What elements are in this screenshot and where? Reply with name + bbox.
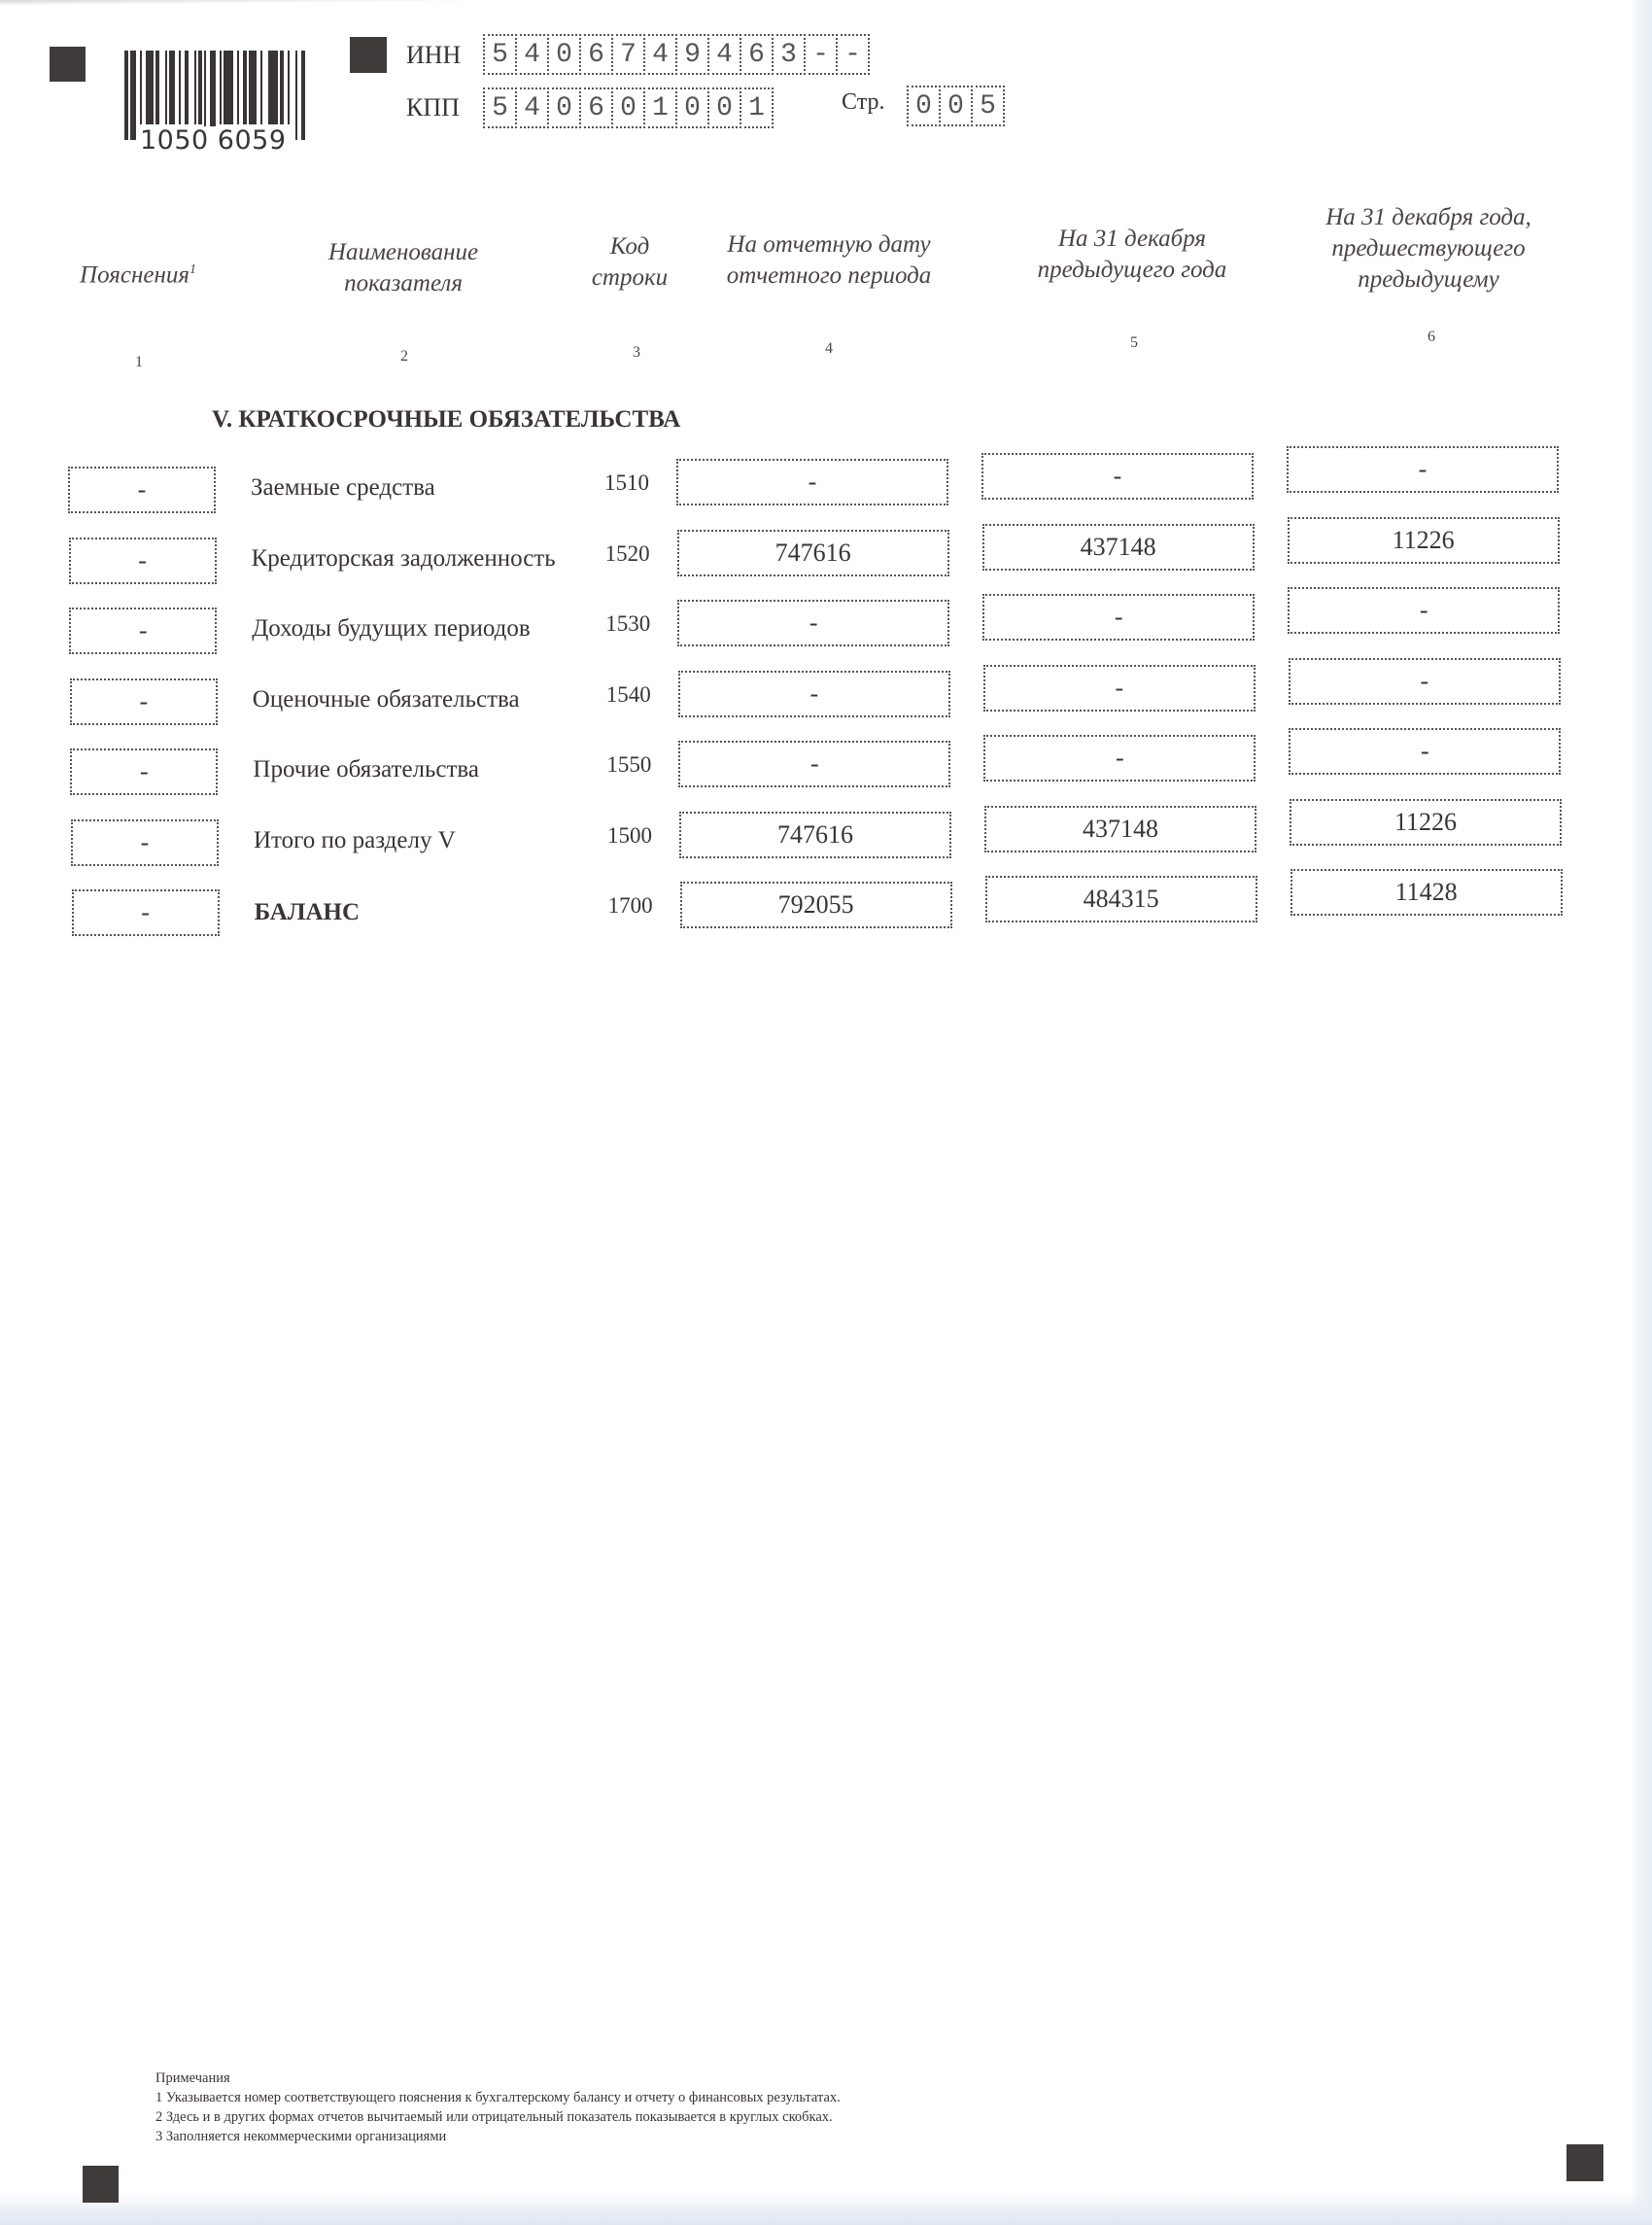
indicator-name: Кредиторская задолженность xyxy=(252,545,556,573)
header-indicator-name: Наименование показателя xyxy=(292,237,515,299)
digit-cell[interactable]: 5 xyxy=(483,34,517,75)
digit-cell[interactable]: 1 xyxy=(643,87,677,128)
note-field[interactable]: - xyxy=(68,467,216,513)
alignment-marker-top xyxy=(350,37,387,73)
inn-label: ИНН xyxy=(406,41,461,70)
digit-cell[interactable]: 3 xyxy=(772,34,806,75)
digit-cell[interactable]: 6 xyxy=(579,34,613,75)
digit-cell[interactable]: 4 xyxy=(643,34,677,75)
footnote-3: 3 Заполняется некоммерческими организаци… xyxy=(155,2127,841,2146)
digit-cell[interactable]: 7 xyxy=(611,34,645,75)
digit-cell[interactable]: 0 xyxy=(939,86,973,126)
note-field[interactable]: - xyxy=(72,889,220,936)
current-period-field[interactable]: 747616 xyxy=(677,530,949,576)
footnote-2: 2 Здесь и в других формах отчетов вычита… xyxy=(155,2107,841,2127)
note-field[interactable]: - xyxy=(69,538,217,584)
prev-year-field[interactable]: - xyxy=(982,594,1255,641)
digit-cell[interactable]: 4 xyxy=(515,34,549,75)
digit-cell[interactable]: 9 xyxy=(675,34,709,75)
prev-prev-year-field[interactable]: - xyxy=(1288,587,1560,634)
note-field[interactable]: - xyxy=(70,678,218,725)
row-code: 1520 xyxy=(605,541,650,567)
current-period-field[interactable]: 792055 xyxy=(680,882,952,928)
header-notes: Пояснения1 xyxy=(60,255,216,291)
page-label: Стр. xyxy=(842,89,884,116)
table-row: -БАЛАНС170079205548431511428 xyxy=(0,886,1652,956)
row-code: 1530 xyxy=(605,611,650,637)
header-prev-prev-year: На 31 декабря года, предшествующего пред… xyxy=(1297,202,1560,296)
digit-cell[interactable]: - xyxy=(836,34,870,75)
digit-cell[interactable]: 5 xyxy=(971,86,1005,126)
section-title: V. КРАТКОСРОЧНЫЕ ОБЯЗАТЕЛЬСТВА xyxy=(212,406,680,434)
prev-prev-year-field[interactable]: 11226 xyxy=(1288,517,1560,564)
footnotes-title: Примечания xyxy=(155,2069,841,2088)
prev-prev-year-field[interactable]: - xyxy=(1289,658,1561,705)
row-code: 1510 xyxy=(604,470,649,496)
scan-edge xyxy=(1631,0,1652,2225)
digit-cell[interactable]: 6 xyxy=(579,87,613,128)
digit-cell[interactable]: 0 xyxy=(675,87,709,128)
column-number-3: 3 xyxy=(622,344,651,362)
digit-cell[interactable]: 5 xyxy=(483,87,517,128)
note-field[interactable]: - xyxy=(69,608,217,654)
kpp-field: 540601001 xyxy=(483,87,774,128)
row-code: 1540 xyxy=(606,682,651,708)
column-number-4: 4 xyxy=(814,340,843,358)
column-number-6: 6 xyxy=(1417,329,1446,346)
prev-year-field[interactable]: - xyxy=(983,735,1256,782)
column-number-2: 2 xyxy=(390,348,419,365)
digit-cell[interactable]: 6 xyxy=(740,34,774,75)
prev-prev-year-field[interactable]: 11428 xyxy=(1291,869,1563,916)
kpp-label: КПП xyxy=(406,93,460,122)
prev-prev-year-field[interactable]: - xyxy=(1289,728,1561,775)
header-current-period: На отчетную дату отчетного периода xyxy=(698,229,960,292)
digit-cell[interactable]: 4 xyxy=(515,87,549,128)
current-period-field[interactable]: - xyxy=(678,671,950,717)
footnote-1: 1 Указывается номер соответствующего поя… xyxy=(155,2088,841,2107)
footnotes: Примечания 1 Указывается номер соответст… xyxy=(155,2069,841,2146)
current-period-field[interactable]: 747616 xyxy=(679,812,951,858)
prev-year-field[interactable]: - xyxy=(983,665,1256,712)
current-period-field[interactable]: - xyxy=(678,741,950,787)
prev-year-field[interactable]: 437148 xyxy=(982,524,1255,571)
indicator-name: Оценочные обязательства xyxy=(253,686,520,713)
prev-year-field[interactable]: - xyxy=(981,453,1254,500)
digit-cell[interactable]: 0 xyxy=(547,87,581,128)
digit-cell[interactable]: 0 xyxy=(547,34,581,75)
current-period-field[interactable]: - xyxy=(676,459,948,505)
header-prev-year: На 31 декабря предыдущего года xyxy=(1011,224,1254,286)
barcode-number: 1050 6059 xyxy=(138,126,289,156)
column-number-1: 1 xyxy=(124,354,154,371)
digit-cell[interactable]: 0 xyxy=(707,87,741,128)
row-code: 1550 xyxy=(606,752,651,778)
scan-edge xyxy=(0,0,855,6)
barcode: 1050 6059 xyxy=(124,51,311,157)
note-field[interactable]: - xyxy=(71,819,219,866)
note-field[interactable]: - xyxy=(70,748,218,795)
header-row-code: Код строки xyxy=(581,231,678,294)
digit-cell[interactable]: 1 xyxy=(740,87,774,128)
scan-edge xyxy=(0,2192,1652,2225)
current-period-field[interactable]: - xyxy=(677,600,949,646)
digit-cell[interactable]: 4 xyxy=(707,34,741,75)
prev-prev-year-field[interactable]: - xyxy=(1287,446,1559,493)
digit-cell[interactable]: 0 xyxy=(611,87,645,128)
digit-cell[interactable]: - xyxy=(804,34,838,75)
alignment-marker-top-left xyxy=(50,47,86,82)
indicator-name: Итого по разделу V xyxy=(254,827,456,854)
column-number-5: 5 xyxy=(1119,334,1149,352)
prev-year-field[interactable]: 437148 xyxy=(984,806,1256,852)
indicator-name: БАЛАНС xyxy=(255,899,360,926)
row-code: 1700 xyxy=(608,893,653,919)
indicator-name: Доходы будущих периодов xyxy=(252,615,530,643)
indicator-name: Прочие обязательства xyxy=(253,756,479,783)
page-number-field: 005 xyxy=(907,86,1005,126)
alignment-marker-bottom-right xyxy=(1566,2144,1603,2181)
indicator-name: Заемные средства xyxy=(251,474,435,502)
alignment-marker-bottom-left xyxy=(83,2166,119,2203)
digit-cell[interactable]: 0 xyxy=(907,86,941,126)
inn-field: 5406749463-- xyxy=(483,34,870,75)
prev-prev-year-field[interactable]: 11226 xyxy=(1290,799,1562,846)
prev-year-field[interactable]: 484315 xyxy=(985,876,1257,922)
row-code: 1500 xyxy=(607,823,652,849)
